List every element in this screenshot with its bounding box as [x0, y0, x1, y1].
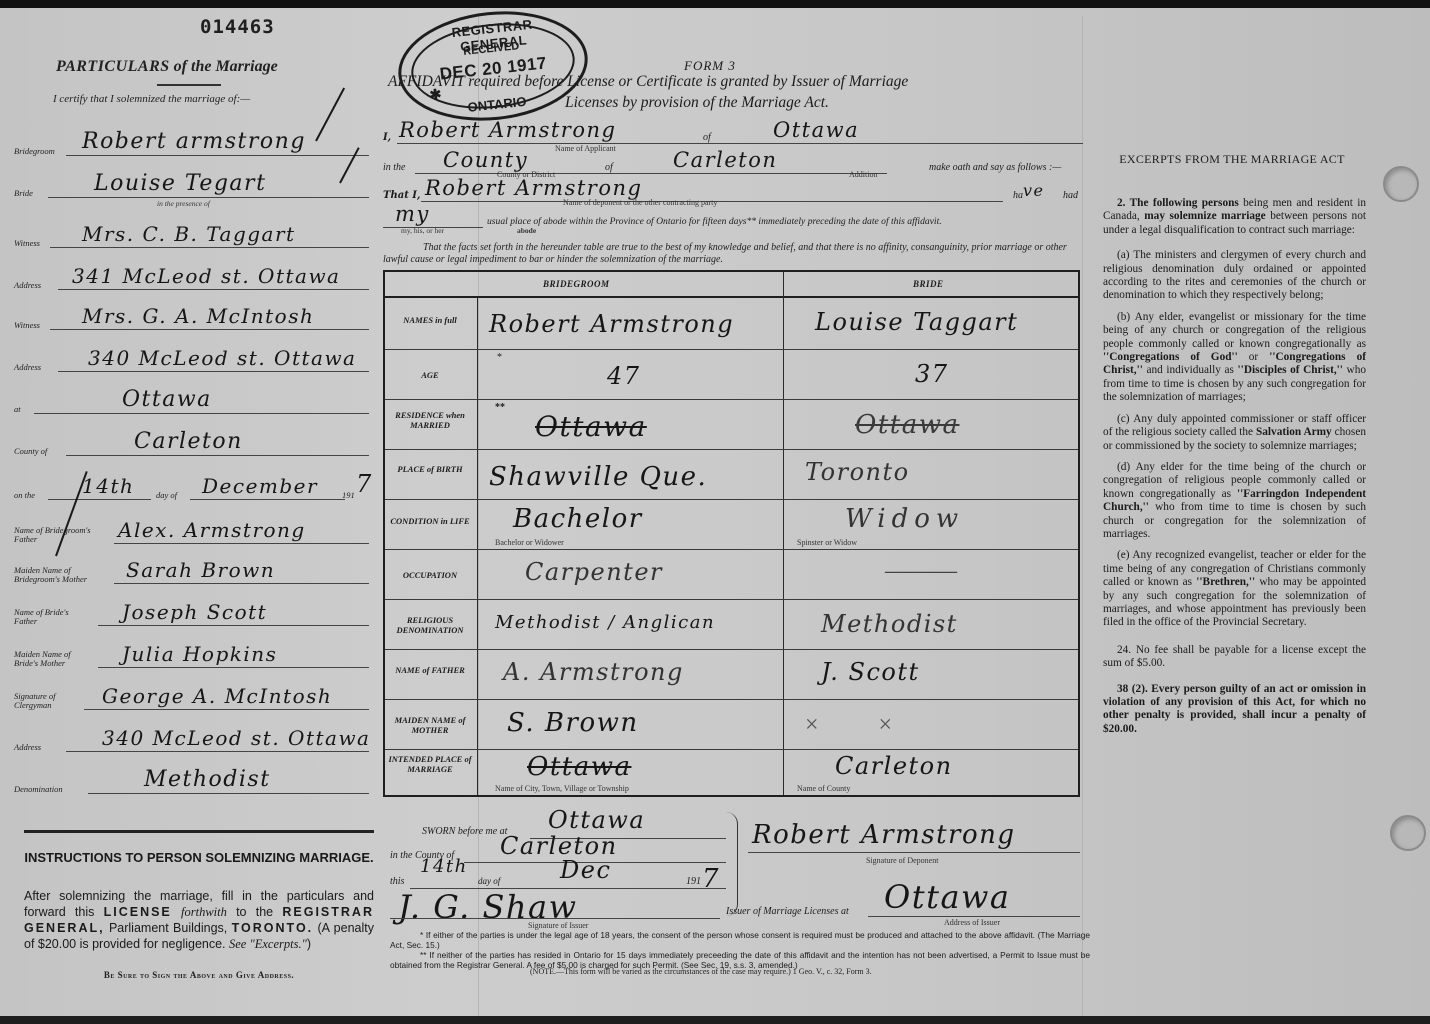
sworn-month: Dec: [560, 856, 611, 884]
brace: [726, 812, 738, 916]
form-note: (NOTE.—This form will be varied as the c…: [530, 967, 872, 976]
table-row: AGE * 47 37: [385, 350, 1078, 400]
affidavit-heading: AFFIDAVIT required before License or Cer…: [388, 73, 908, 91]
field-denomination: Denomination Methodist: [14, 770, 369, 796]
field-bridegroom-mother: Maiden Name of Bridegroom's Mother Sarah…: [14, 560, 369, 586]
field-witness-2: Witness Mrs. G. A. McIntosh: [14, 306, 369, 332]
field-bride-father: Name of Bride's Father Joseph Scott: [14, 602, 369, 628]
col-bride: BRIDE: [913, 279, 944, 289]
table-row: OCCUPATION Carpenter ———: [385, 550, 1078, 600]
punch-hole: [1383, 166, 1419, 202]
affidavit-county-line: in the County of Carleton make oath and …: [383, 150, 1083, 176]
table-row: MAIDEN NAME of MOTHER S. Brown × ×: [385, 700, 1078, 750]
field-at: at Ottawa: [14, 390, 369, 416]
excerpts-body: 2. The following persons being men and r…: [1103, 197, 1366, 744]
table-row: CONDITION in LIFE Bachelor Widow Bachelo…: [385, 500, 1078, 550]
issuer-address: Ottawa: [884, 878, 1011, 916]
excerpts-title: EXCERPTS FROM THE MARRIAGE ACT: [1104, 152, 1360, 167]
form-number: FORM 3: [684, 58, 736, 74]
bride-value: Louise Tegart: [94, 171, 266, 196]
particulars-table: BRIDEGROOM BRIDE NAMES in full Robert Ar…: [383, 270, 1080, 797]
sworn-place: Ottawa: [548, 806, 645, 834]
this-label: this: [390, 876, 404, 887]
table-row: PLACE of BIRTH Shawville Que. Toronto: [385, 450, 1078, 500]
particulars-title: PARTICULARS of the Marriage: [56, 58, 278, 76]
field-bride: Bride Louise Tegart: [14, 174, 369, 200]
title-underline: [157, 84, 221, 86]
instructions-footer: Be Sure to Sign the Above and Give Addre…: [24, 970, 374, 980]
facts-statement: That the facts set forth in the hereunde…: [383, 242, 1083, 266]
table-row: NAME of FATHER A. Armstrong J. Scott: [385, 650, 1078, 700]
field-address-1: Address 341 McLeod st. Ottawa: [14, 266, 369, 292]
certify-statement: I certify that I solemnized the marriage…: [53, 93, 250, 105]
field-bride-mother: Maiden Name of Bride's Mother Julia Hopk…: [14, 644, 369, 670]
affidavit-deponent-line: That I, Robert Armstrong ha ve had Name …: [383, 178, 1083, 204]
table-row: RESIDENCE when MARRIED ** Ottawa Ottawa: [385, 400, 1078, 450]
table-row: NAMES in full Robert Armstrong Louise Ta…: [385, 298, 1078, 350]
field-clergyman-signature: Signature of Clergyman George A. McIntos…: [14, 686, 369, 712]
field-date: on the 14th day of December 191 7: [14, 476, 369, 502]
footnotes: * If either of the parties is under the …: [390, 930, 1090, 970]
affidavit-heading-2: Licenses by provision of the Marriage Ac…: [565, 94, 829, 112]
affidavit-applicant-line: I, Robert Armstrong of Ottawa Name of Ap…: [383, 120, 1083, 146]
sworn-label: SWORN before me at: [422, 826, 507, 837]
field-county: County of Carleton: [14, 432, 369, 458]
field-bridegroom: Bridegroom Robert armstrong: [14, 132, 369, 158]
issuer-at-label: Issuer of Marriage Licenses at: [726, 906, 849, 917]
divider: [24, 830, 374, 833]
in-presence-caption: in the presence of: [157, 199, 210, 208]
table-row: INTENDED PLACE of MARRIAGE Ottawa Carlet…: [385, 750, 1078, 795]
instructions-title: INSTRUCTIONS TO PERSON SOLEMNIZING MARRI…: [24, 850, 374, 866]
deponent-signature: Robert Armstrong: [752, 820, 1016, 850]
affidavit-residence-line: my usual place of abode within the Provi…: [383, 204, 1083, 230]
instructions-body: After solemnizing the marriage, fill in …: [24, 888, 374, 952]
table-header: BRIDEGROOM BRIDE: [385, 272, 1078, 298]
field-clergyman-address: Address 340 McLeod st. Ottawa: [14, 728, 369, 754]
sworn-day: 14th: [420, 856, 468, 877]
field-address-2: Address 340 McLeod st. Ottawa: [14, 348, 369, 374]
serial-number: 014463: [200, 16, 275, 38]
field-witness-1: Witness Mrs. C. B. Taggart: [14, 224, 369, 250]
table-row: RELIGIOUS DENOMINATION Methodist / Angli…: [385, 600, 1078, 650]
scan-bottom-edge: [0, 1016, 1430, 1024]
col-bridegroom: BRIDEGROOM: [543, 279, 610, 289]
bridegroom-value: Robert armstrong: [82, 129, 306, 154]
punch-hole: [1390, 815, 1426, 851]
